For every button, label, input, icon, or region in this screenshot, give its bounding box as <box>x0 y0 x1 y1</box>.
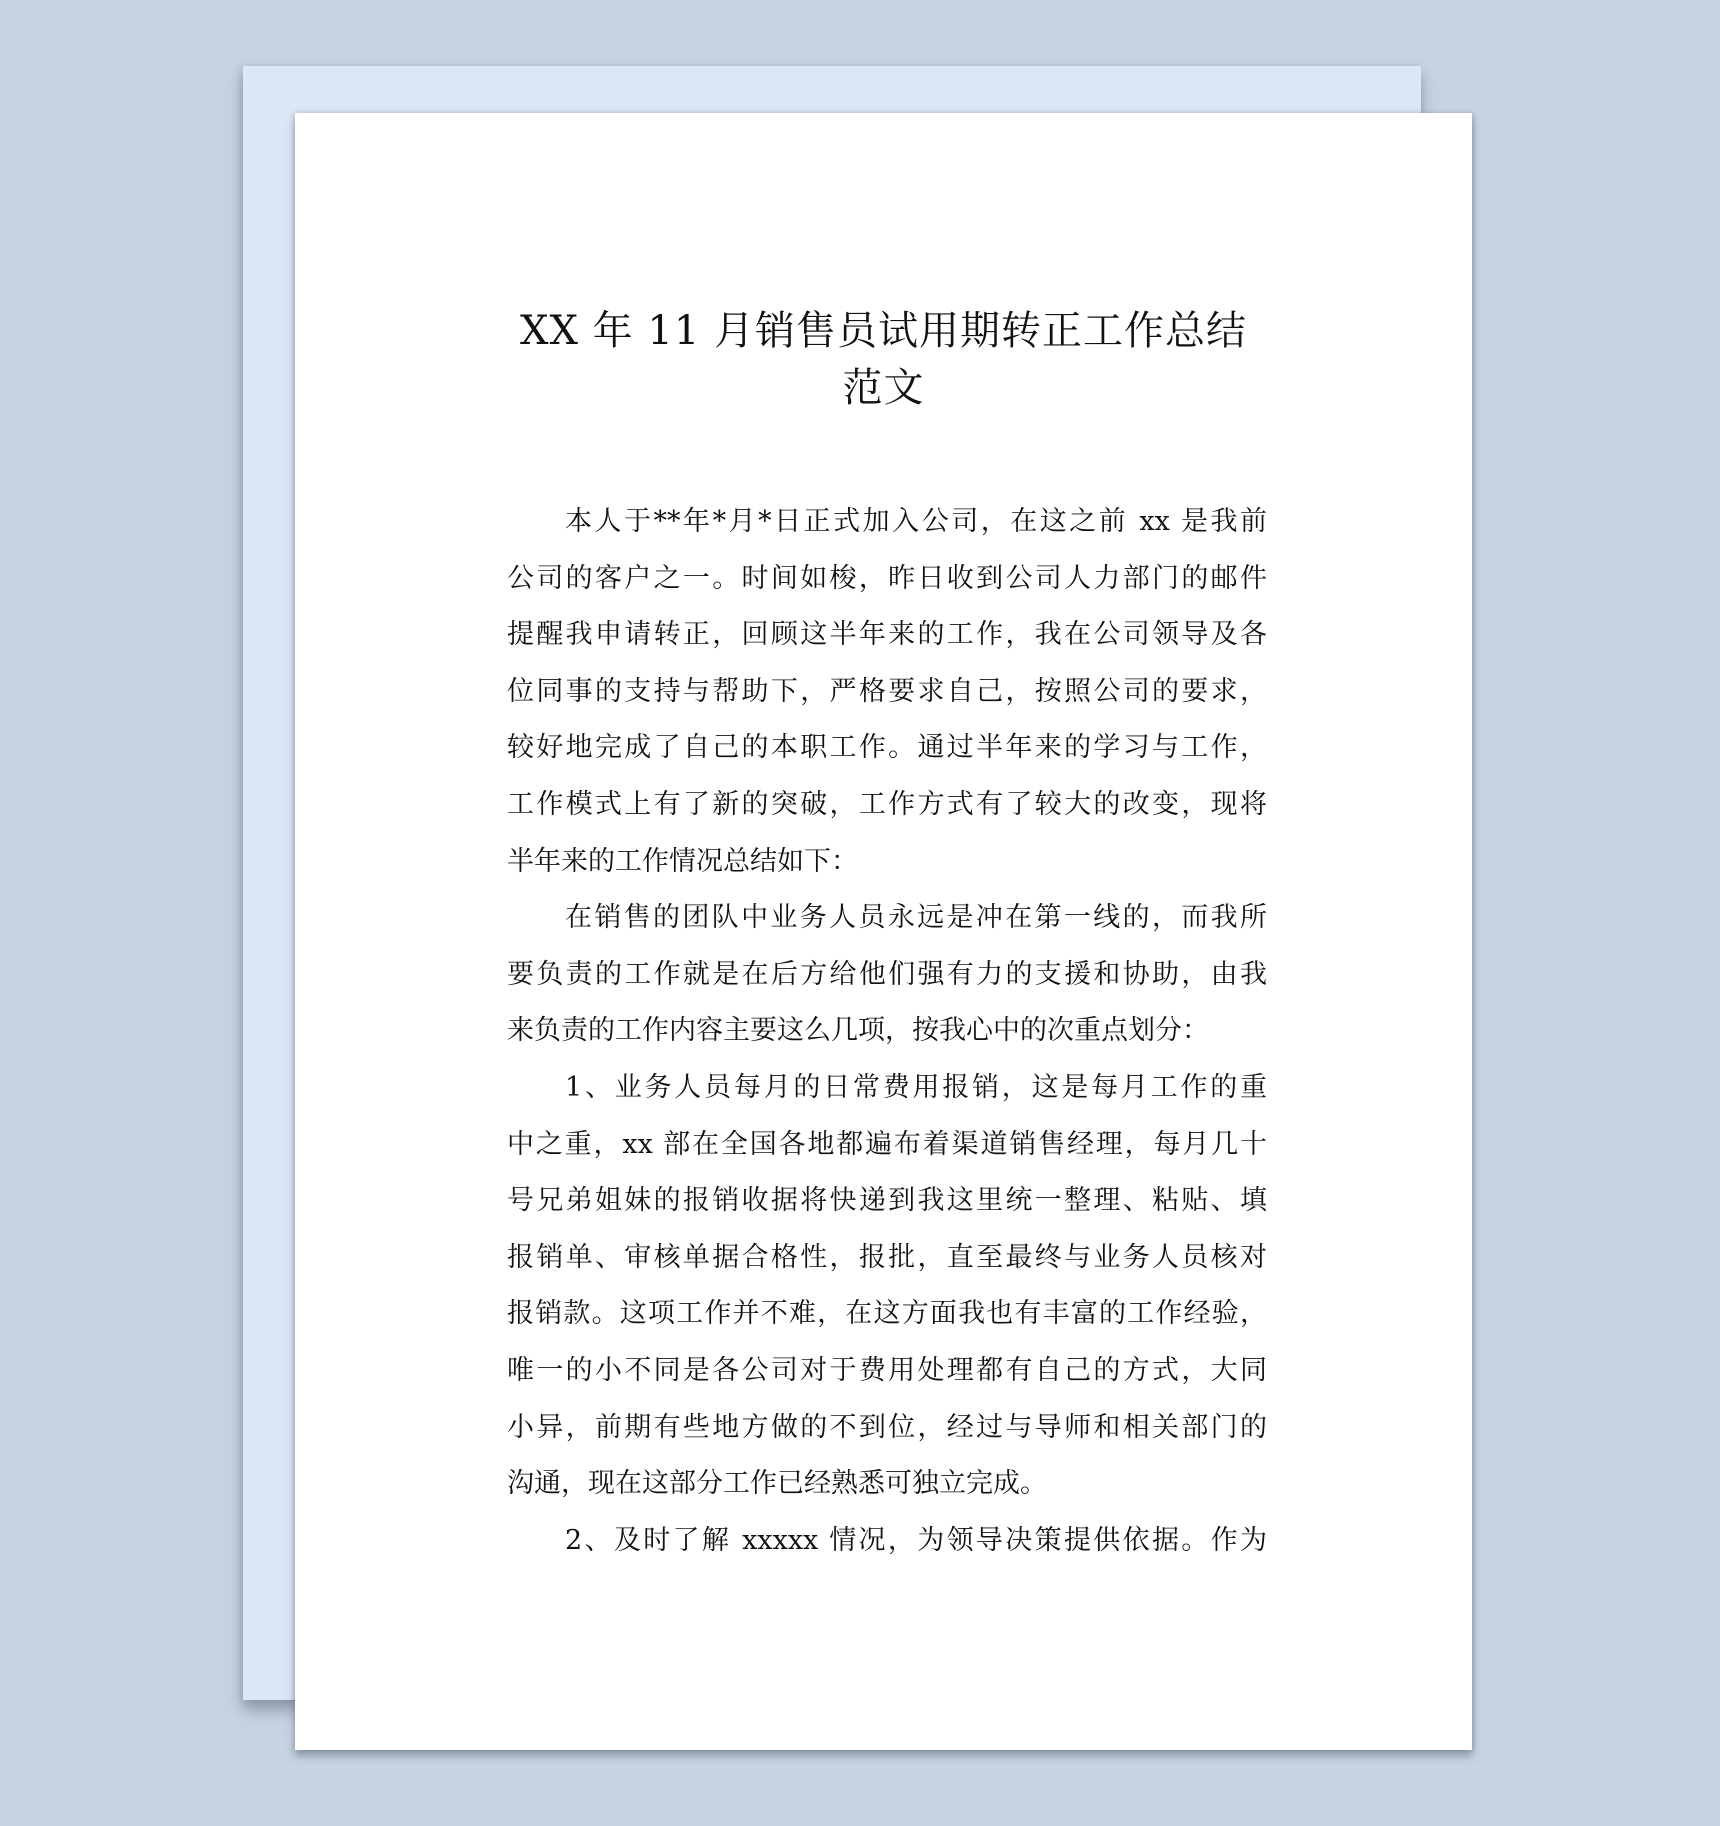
text-line: 2、及时了解 xxxxx 情况，为领导决策提供依据。作为 <box>507 1513 1267 1570</box>
document-body: 本人于**年*月*日正式加入公司，在这之前 xx 是我前 公司的客户之一。时间如… <box>507 494 1267 1569</box>
text-line: 唯一的小不同是各公司对于费用处理都有自己的方式，大同 <box>507 1343 1267 1400</box>
text-line: 公司的客户之一。时间如梭，昨日收到公司人力部门的邮件 <box>507 551 1267 608</box>
text-line: 工作模式上有了新的突破，工作方式有了较大的改变，现将 <box>507 777 1267 834</box>
text-line: 1、业务人员每月的日常费用报销，这是每月工作的重 <box>507 1060 1267 1117</box>
text-line: 小异，前期有些地方做的不到位，经过与导师和相关部门的 <box>507 1400 1267 1457</box>
text-line: 要负责的工作就是在后方给他们强有力的支援和协助，由我 <box>507 947 1267 1004</box>
document-title: XX 年 11 月销售员试用期转正工作总结 范文 <box>295 303 1472 417</box>
paragraph-intro: 本人于**年*月*日正式加入公司，在这之前 xx 是我前 公司的客户之一。时间如… <box>507 494 1267 890</box>
text-line: 位同事的支持与帮助下，严格要求自己，按照公司的要求， <box>507 664 1267 721</box>
text-line: 号兄弟姐妹的报销收据将快递到我这里统一整理、粘贴、填 <box>507 1173 1267 1230</box>
title-line-2: 范文 <box>295 360 1472 417</box>
text-line: 中之重，xx 部在全国各地都遍布着渠道销售经理，每月几十 <box>507 1117 1267 1174</box>
text-line: 来负责的工作内容主要这么几项，按我心中的次重点划分： <box>507 1003 1267 1060</box>
text-line: 报销单、审核单据合格性，报批，直至最终与业务人员核对 <box>507 1230 1267 1287</box>
document-page: XX 年 11 月销售员试用期转正工作总结 范文 本人于**年*月*日正式加入公… <box>295 113 1472 1750</box>
text-line: 在销售的团队中业务人员永远是冲在第一线的，而我所 <box>507 890 1267 947</box>
text-line: 沟通，现在这部分工作已经熟悉可独立完成。 <box>507 1456 1267 1513</box>
paragraph-item-1: 1、业务人员每月的日常费用报销，这是每月工作的重 中之重，xx 部在全国各地都遍… <box>507 1060 1267 1513</box>
title-line-1: XX 年 11 月销售员试用期转正工作总结 <box>295 303 1472 360</box>
paragraph-item-2: 2、及时了解 xxxxx 情况，为领导决策提供依据。作为 <box>507 1513 1267 1570</box>
text-line: 报销款。这项工作并不难，在这方面我也有丰富的工作经验， <box>507 1286 1267 1343</box>
paragraph-team-role: 在销售的团队中业务人员永远是冲在第一线的，而我所 要负责的工作就是在后方给他们强… <box>507 890 1267 1060</box>
text-line: 提醒我申请转正，回顾这半年来的工作，我在公司领导及各 <box>507 607 1267 664</box>
text-line: 较好地完成了自己的本职工作。通过半年来的学习与工作， <box>507 720 1267 777</box>
text-line: 本人于**年*月*日正式加入公司，在这之前 xx 是我前 <box>507 494 1267 551</box>
text-line: 半年来的工作情况总结如下： <box>507 834 1267 891</box>
